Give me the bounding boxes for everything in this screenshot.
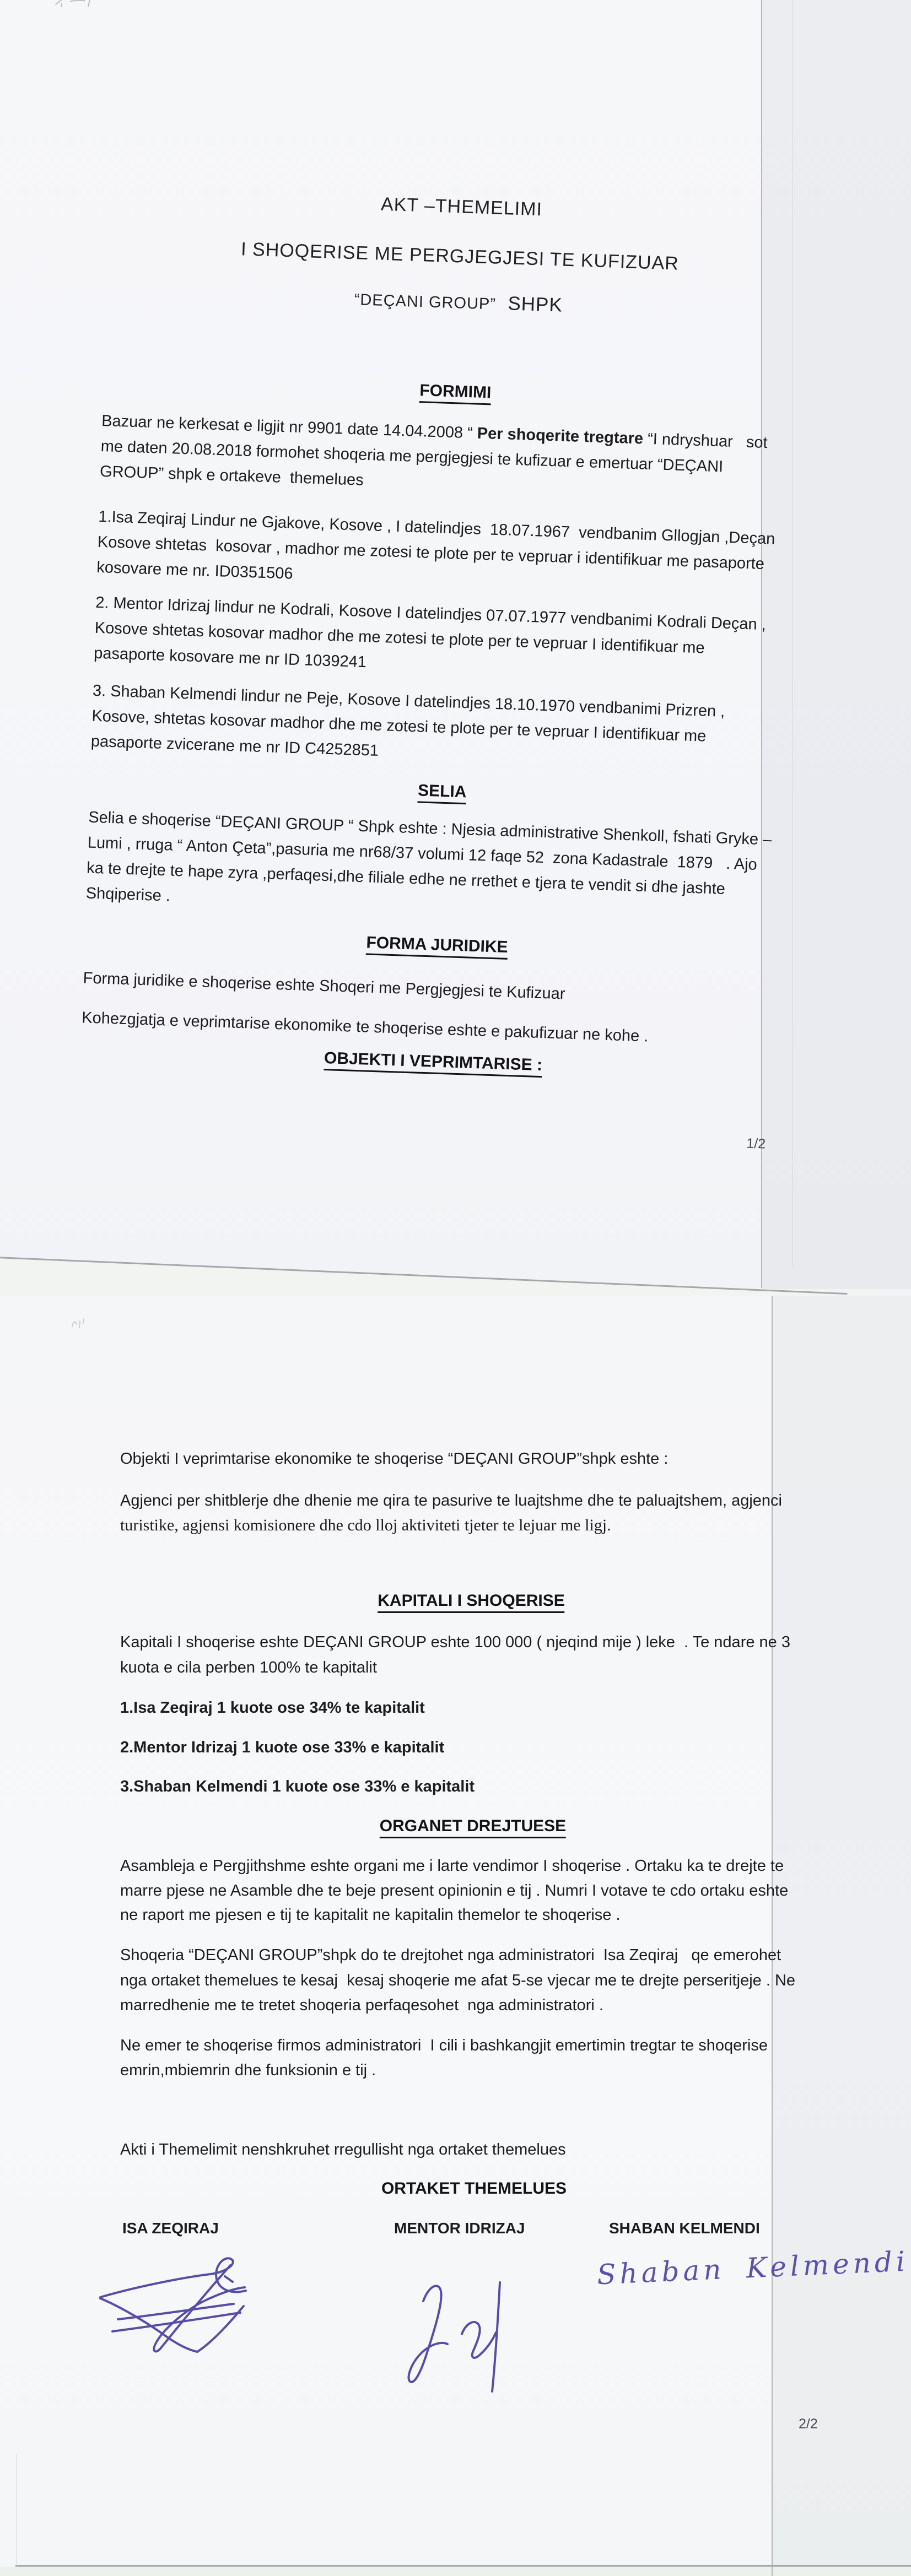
administrator-paragraph-line: marredhenie me te tretet shoqeria perfaq… [120, 1996, 603, 2015]
heading-ortaket-themelues: ORTAKET THEMELUES [381, 2179, 567, 2199]
quota-item-3: 3.Shaban Kelmendi 1 kuote ose 33% e kapi… [120, 1778, 475, 1796]
heading-kapitali: KAPITALI I SHOQERISE [378, 1592, 564, 1613]
signature-isa-zeqiraj [95, 2254, 255, 2359]
pen-mark-page2-top [71, 1317, 90, 1331]
heading-organet: ORGANET DREJTUESE [380, 1817, 566, 1838]
founder-name-shaban: SHABAN KELMENDI [609, 2220, 760, 2237]
signature-shaban-kelmendi: Shaban Kelmendi [596, 2245, 909, 2291]
signature-mentor-idrizaj [392, 2278, 522, 2395]
ne-emer-paragraph-line: emrin,mbiemrin dhe funksionin e tij . [120, 2061, 376, 2080]
kapitali-paragraph-line: Kapitali I shoqerise eshte DEÇANI GROUP … [120, 1633, 790, 1652]
objekti-intro-line: Objekti I veprimtarise ekonomike te shoq… [120, 1450, 668, 1468]
page-2-content: Objekti I veprimtarise ekonomike te shoq… [0, 0, 911, 2576]
akti-line: Akti i Themelimit nenshkruhet rregullish… [120, 2141, 566, 2159]
quota-item-1: 1.Isa Zeqiraj 1 kuote ose 34% te kapital… [120, 1699, 425, 1717]
quota-item-2: 2.Mentor Idrizaj 1 kuote ose 33% e kapit… [120, 1739, 444, 1757]
asambleja-paragraph-line: ne raport me pjesen e tij te kapitalit n… [120, 1906, 621, 1924]
page-number-2: 2/2 [799, 2416, 818, 2432]
asambleja-paragraph-line: Asambleja e Pergjithshme eshte organi me… [120, 1857, 784, 1875]
scanned-document: AKT –THEMELIMI I SHOQERISE ME PERGJEGJES… [0, 0, 911, 2576]
kapitali-paragraph-line: kuota e cila perben 100% te kapitalit [120, 1659, 377, 1677]
agjenci-paragraph-line: turistike, agjensi komisionere dhe cdo l… [120, 1516, 611, 1535]
administrator-paragraph-line: Shoqeria “DEÇANI GROUP”shpk do te drejto… [120, 1946, 781, 1965]
ne-emer-paragraph-line: Ne emer te shoqerise firmos administrato… [120, 2037, 768, 2055]
administrator-paragraph-line: nga ortaket themelues te kesaj kesaj sho… [120, 1972, 795, 1990]
agjenci-paragraph-line: Agjenci per shitblerje dhe dhenie me qir… [120, 1492, 782, 1510]
founder-name-isa: ISA ZEQIRAJ [122, 2220, 219, 2237]
asambleja-paragraph-line: marre pjese ne Asamble dhe te beje prese… [120, 1882, 788, 1900]
founder-name-mentor: MENTOR IDRIZAJ [394, 2220, 525, 2237]
